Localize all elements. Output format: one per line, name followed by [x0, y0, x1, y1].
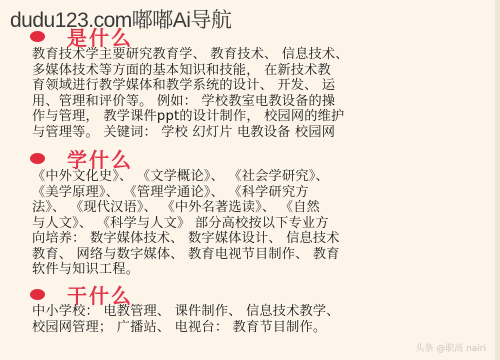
text-line: 《美学原理》、 《管理学通论》、 《科学研究方: [32, 185, 472, 201]
text-line: 作与管理， 教学课件ppt的设计制作， 校园网的维护: [32, 109, 472, 125]
bullet-icon: [30, 289, 45, 300]
text-line: 中小学校： 电教管理、 课件制作、 信息技术教学、: [32, 304, 472, 320]
text-line: 教育技术学主要研究教育学、 教育技术、 信息技术、: [32, 47, 472, 63]
bullet-icon: [30, 153, 45, 164]
text-line: 与人文》、 《科学与人文》 部分高校按以下专业方: [32, 216, 472, 232]
section-body-what: 教育技术学主要研究教育学、 教育技术、 信息技术、 多媒体技术等方面的基本知识和…: [32, 47, 472, 140]
text-line: 法》、 《现代汉语》、 《中外名著选读》、 《自然: [32, 200, 472, 216]
text-line: 育领域进行教学媒体和教学系统的设计、 开发、 运: [32, 78, 472, 94]
text-line: 多媒体技术等方面的基本知识和技能， 在新技术教: [32, 63, 472, 79]
text-line: 与管理等。 关键词： 学校 幻灯片 电教设备 校园网: [32, 125, 472, 141]
text-line: 向培养： 数字媒体技术、 数字媒体设计、 信息技术: [32, 231, 472, 247]
text-line: 校园网管理； 广播站、 电视台： 教育节目制作。: [32, 320, 472, 336]
right-edge-strip: [495, 0, 500, 360]
text-line: 用、管理和评价等。 例如： 学校教室电教设备的操: [32, 94, 472, 110]
text-line: 教育、 网络与数字媒体、 教育电视节目制作、 教育: [32, 247, 472, 263]
site-watermark: dudu123.com嘟嘟Ai导航: [10, 4, 231, 34]
section-body-learn: 《中外文化史》、 《文学概论》、 《社会学研究》、 《美学原理》、 《管理学通论…: [32, 169, 472, 278]
text-line: 《中外文化史》、 《文学概论》、 《社会学研究》、: [32, 169, 472, 185]
section-body-work: 中小学校： 电教管理、 课件制作、 信息技术教学、 校园网管理； 广播站、 电视…: [32, 304, 472, 335]
text-line: 软件与知识工程。: [32, 262, 472, 278]
source-watermark: 头条 @职高 nairi: [415, 341, 486, 354]
